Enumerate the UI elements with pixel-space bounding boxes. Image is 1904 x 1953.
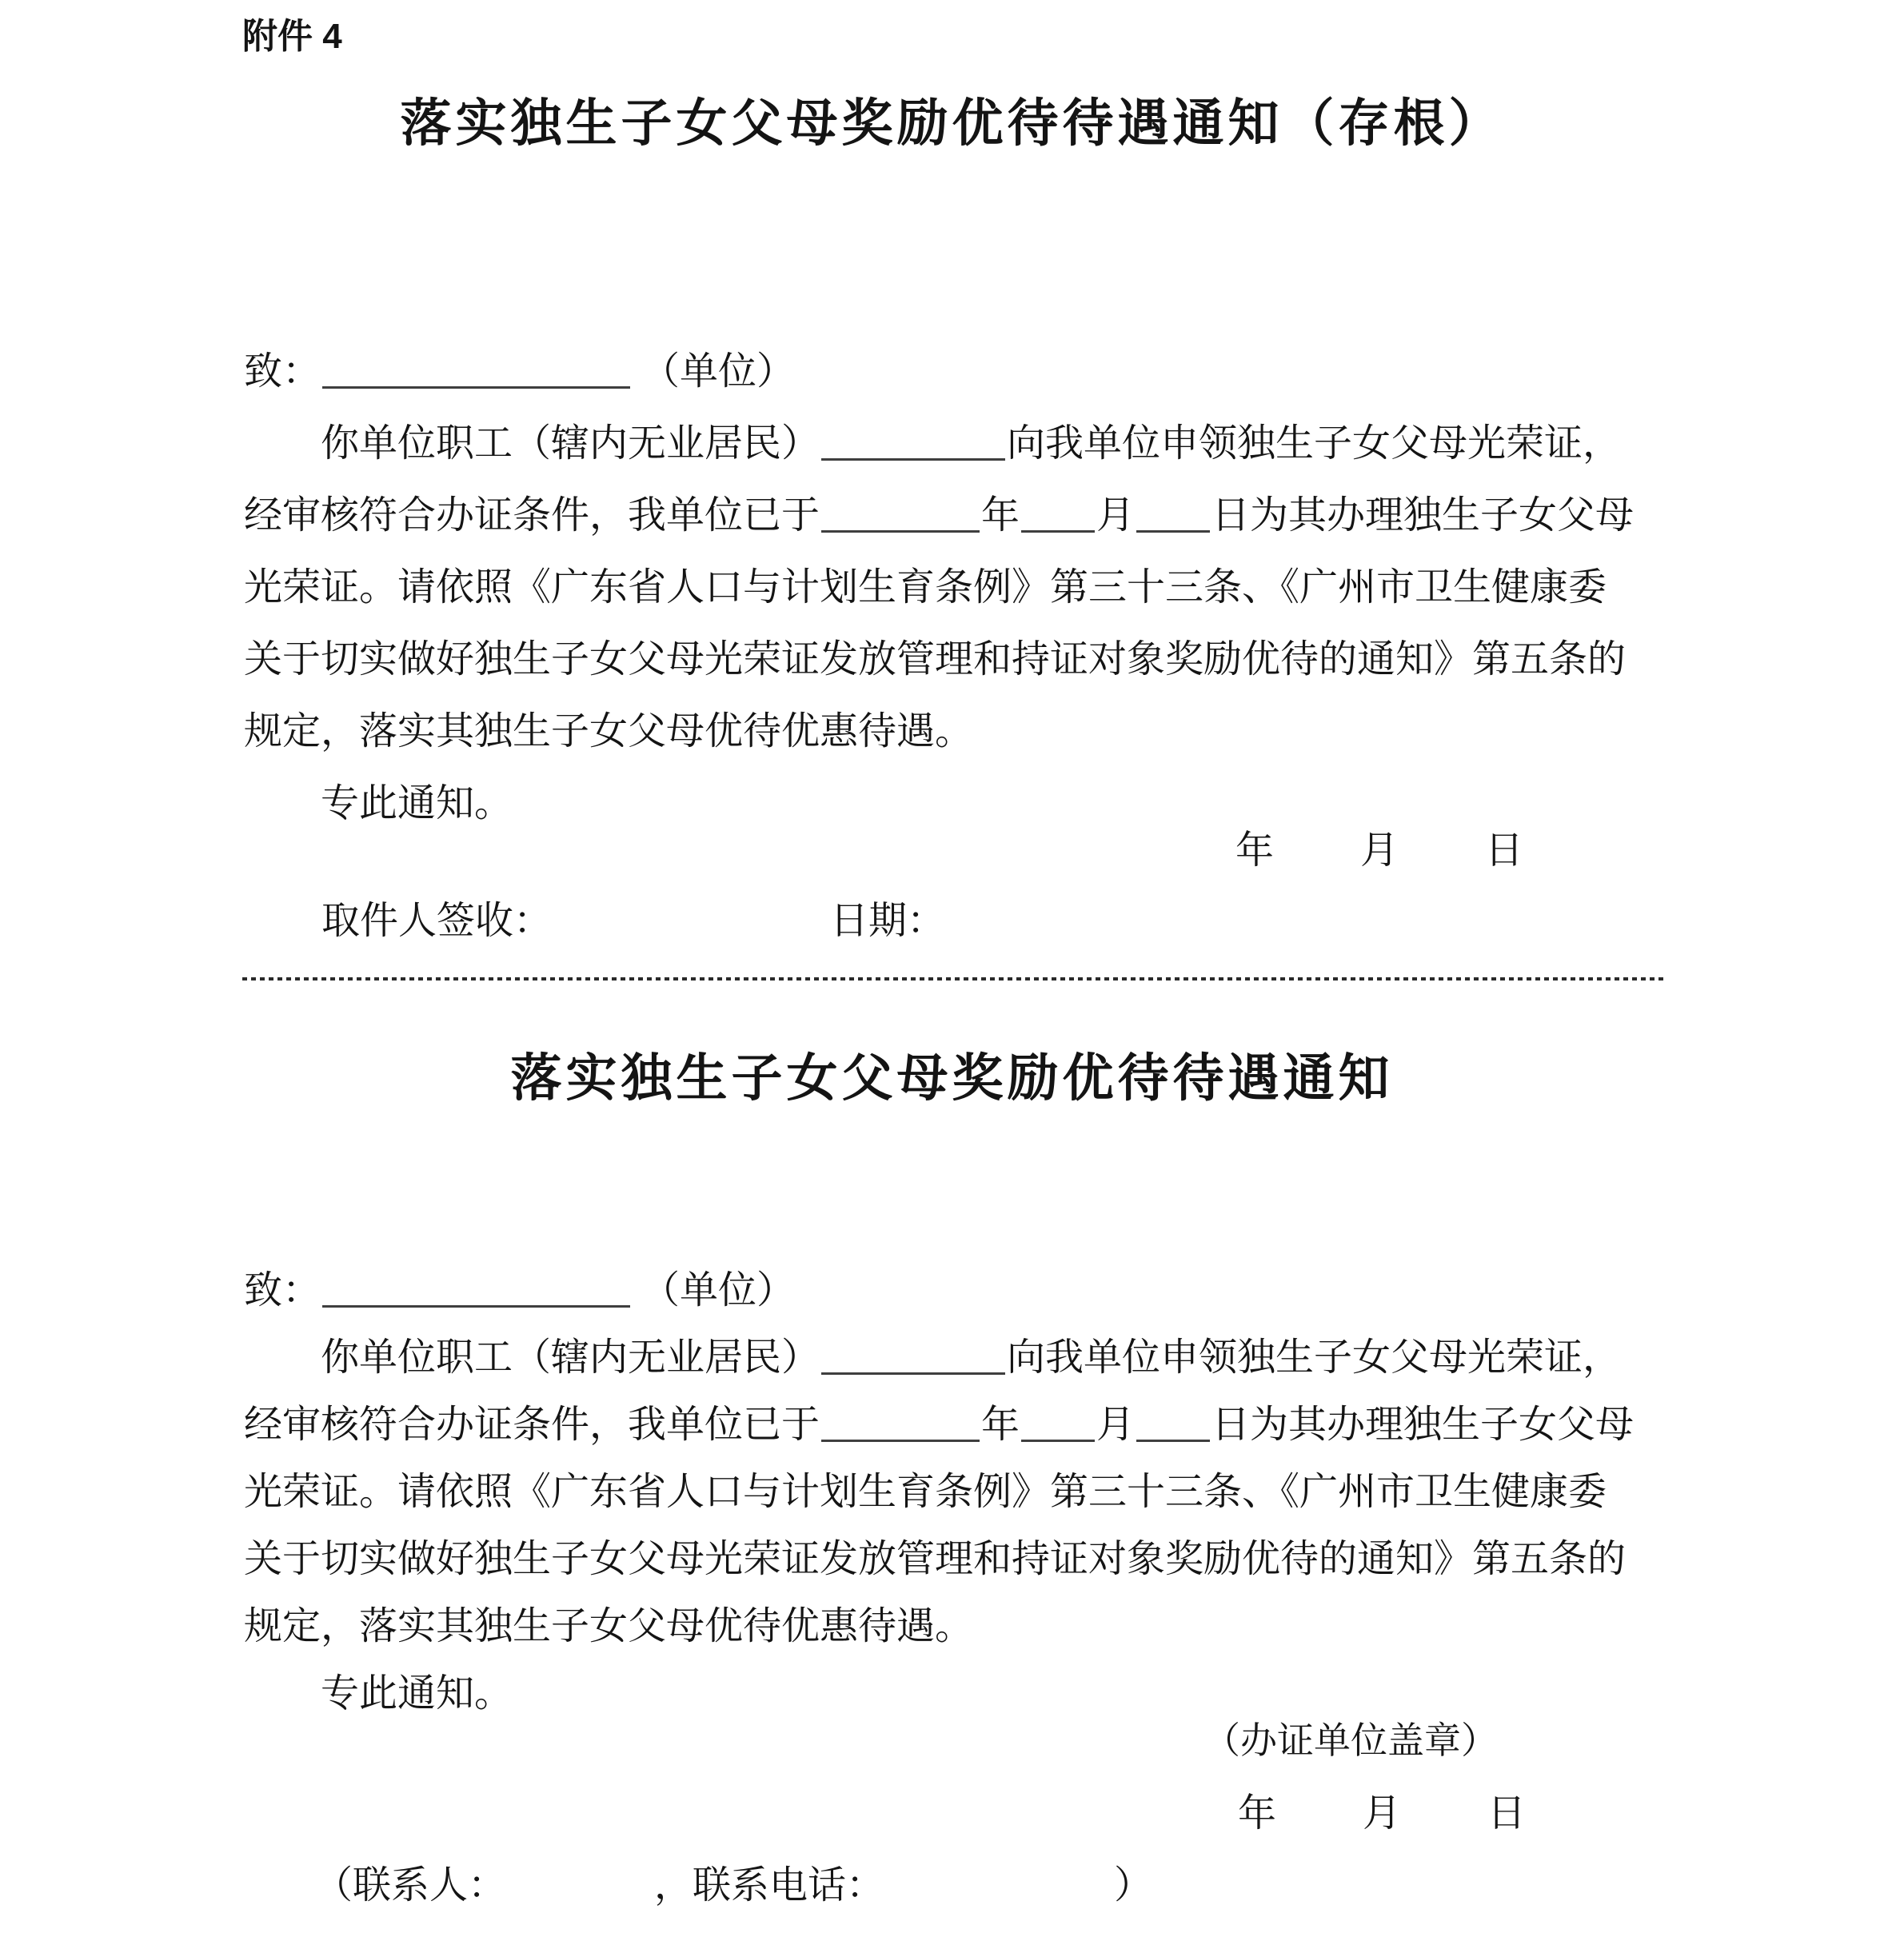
text-run: 向我单位申领独生子女父母光荣证， xyxy=(1007,1336,1621,1379)
section1-date-line: 年 月 日 xyxy=(1235,830,1523,873)
attachment-label: 附件 4 xyxy=(242,16,342,58)
day-label: 日 xyxy=(1485,830,1523,873)
fill-in-blank xyxy=(821,1432,980,1442)
text-run: 光荣证。请依照《广东省人口与计划生育条例》第三十三条、《广州市卫生健康委 xyxy=(244,1471,1607,1513)
contact-phone-label: ，联系电话： xyxy=(654,1865,884,1907)
doc-line: 关于切实做好独生子女父母光荣证发放管理和持证对象奖励优待的通知》第五条的 xyxy=(244,624,1667,696)
text-run: 月 xyxy=(1096,1404,1135,1446)
month-label: 月 xyxy=(1360,830,1399,873)
stamp-note: （办证单位盖章） xyxy=(1203,1721,1498,1762)
doc-line: 光荣证。请依照《广东省人口与计划生育条例》第三十三条、《广州市卫生健康委 xyxy=(244,552,1667,624)
month-label: 月 xyxy=(1363,1793,1401,1835)
section2-date-line: 年 月 日 xyxy=(1238,1793,1526,1835)
text-run: 光荣证。请依照《广东省人口与计划生育条例》第三十三条、《广州市卫生健康委 xyxy=(244,566,1607,609)
doc-line: 专此通知。 xyxy=(244,1660,1667,1727)
text-run: 年 xyxy=(981,1404,1020,1446)
text-run: 你单位职工（辖内无业居民） xyxy=(321,1336,820,1379)
text-run: 关于切实做好独生子女父母光荣证发放管理和持证对象奖励优待的通知》第五条的 xyxy=(244,1538,1626,1580)
doc-line: 规定，落实其独生子女父母优待优惠待遇。 xyxy=(244,696,1667,768)
day-label: 日 xyxy=(1487,1793,1526,1835)
fill-in-blank xyxy=(821,522,980,533)
fill-in-blank xyxy=(322,378,630,389)
fill-in-blank xyxy=(1021,522,1095,533)
fill-in-blank xyxy=(821,1364,1005,1375)
fill-in-blank xyxy=(821,450,1005,461)
section1-body: 致： （单位）你单位职工（辖内无业居民）向我单位申领独生子女父母光荣证，经审核符… xyxy=(244,336,1667,840)
doc-line: 关于切实做好独生子女父母光荣证发放管理和持证对象奖励优待的通知》第五条的 xyxy=(244,1526,1667,1593)
doc-line: 规定，落实其独生子女父母优待优惠待遇。 xyxy=(244,1593,1667,1660)
text-run: 规定，落实其独生子女父母优待优惠待遇。 xyxy=(244,710,973,753)
year-label: 年 xyxy=(1235,830,1274,873)
text-run: 日为其办理独生子女父母 xyxy=(1211,494,1634,537)
contact-person-label: （联系人： xyxy=(314,1865,506,1907)
text-run: （单位） xyxy=(632,1269,795,1312)
receiver-sign-label: 取件人签收： xyxy=(321,901,552,943)
doc-line: 经审核符合办证条件，我单位已于年月日为其办理独生子女父母 xyxy=(244,480,1667,552)
text-run: 月 xyxy=(1096,494,1135,537)
doc-line: 光荣证。请依照《广东省人口与计划生育条例》第三十三条、《广州市卫生健康委 xyxy=(244,1459,1667,1526)
text-run: 专此通知。 xyxy=(321,1672,513,1715)
text-run: 关于切实做好独生子女父母光荣证发放管理和持证对象奖励优待的通知》第五条的 xyxy=(244,638,1626,681)
text-run: 致： xyxy=(244,350,321,393)
text-run: （单位） xyxy=(632,350,795,393)
section2-body: 致： （单位）你单位职工（辖内无业居民）向我单位申领独生子女父母光荣证，经审核符… xyxy=(244,1257,1667,1727)
cut-line-divider xyxy=(242,977,1664,980)
section1-title: 落实独生子女父母奖励优待待遇通知（存根） xyxy=(0,94,1904,154)
fill-in-blank xyxy=(1136,522,1210,533)
doc-line: 专此通知。 xyxy=(244,768,1667,840)
text-run: 经审核符合办证条件，我单位已于 xyxy=(244,1404,820,1446)
text-run: 致： xyxy=(244,1269,321,1312)
doc-line: 经审核符合办证条件，我单位已于年月日为其办理独生子女父母 xyxy=(244,1392,1667,1459)
fill-in-blank xyxy=(1136,1432,1210,1442)
text-run: 年 xyxy=(981,494,1020,537)
text-run: 规定，落实其独生子女父母优待优惠待遇。 xyxy=(244,1605,973,1647)
document-page: 附件 4 落实独生子女父母奖励优待待遇通知（存根） 致： （单位）你单位职工（辖… xyxy=(0,0,1904,1953)
section2-title: 落实独生子女父母奖励优待待遇通知 xyxy=(0,1049,1904,1108)
text-run: 专此通知。 xyxy=(321,782,513,825)
contact-close-paren: ） xyxy=(1114,1865,1152,1907)
doc-line: 致： （单位） xyxy=(244,336,1667,408)
text-run: 向我单位申领独生子女父母光荣证， xyxy=(1007,422,1621,465)
doc-line: 你单位职工（辖内无业居民）向我单位申领独生子女父母光荣证， xyxy=(244,408,1667,480)
doc-line: 致： （单位） xyxy=(244,1257,1667,1324)
fill-in-blank xyxy=(322,1297,630,1308)
text-run: 你单位职工（辖内无业居民） xyxy=(321,422,820,465)
year-label: 年 xyxy=(1238,1793,1276,1835)
text-run: 日为其办理独生子女父母 xyxy=(1211,1404,1634,1446)
doc-line: 你单位职工（辖内无业居民）向我单位申领独生子女父母光荣证， xyxy=(244,1324,1667,1392)
receipt-date-label: 日期： xyxy=(830,901,945,943)
fill-in-blank xyxy=(1021,1432,1095,1442)
text-run: 经审核符合办证条件，我单位已于 xyxy=(244,494,820,537)
